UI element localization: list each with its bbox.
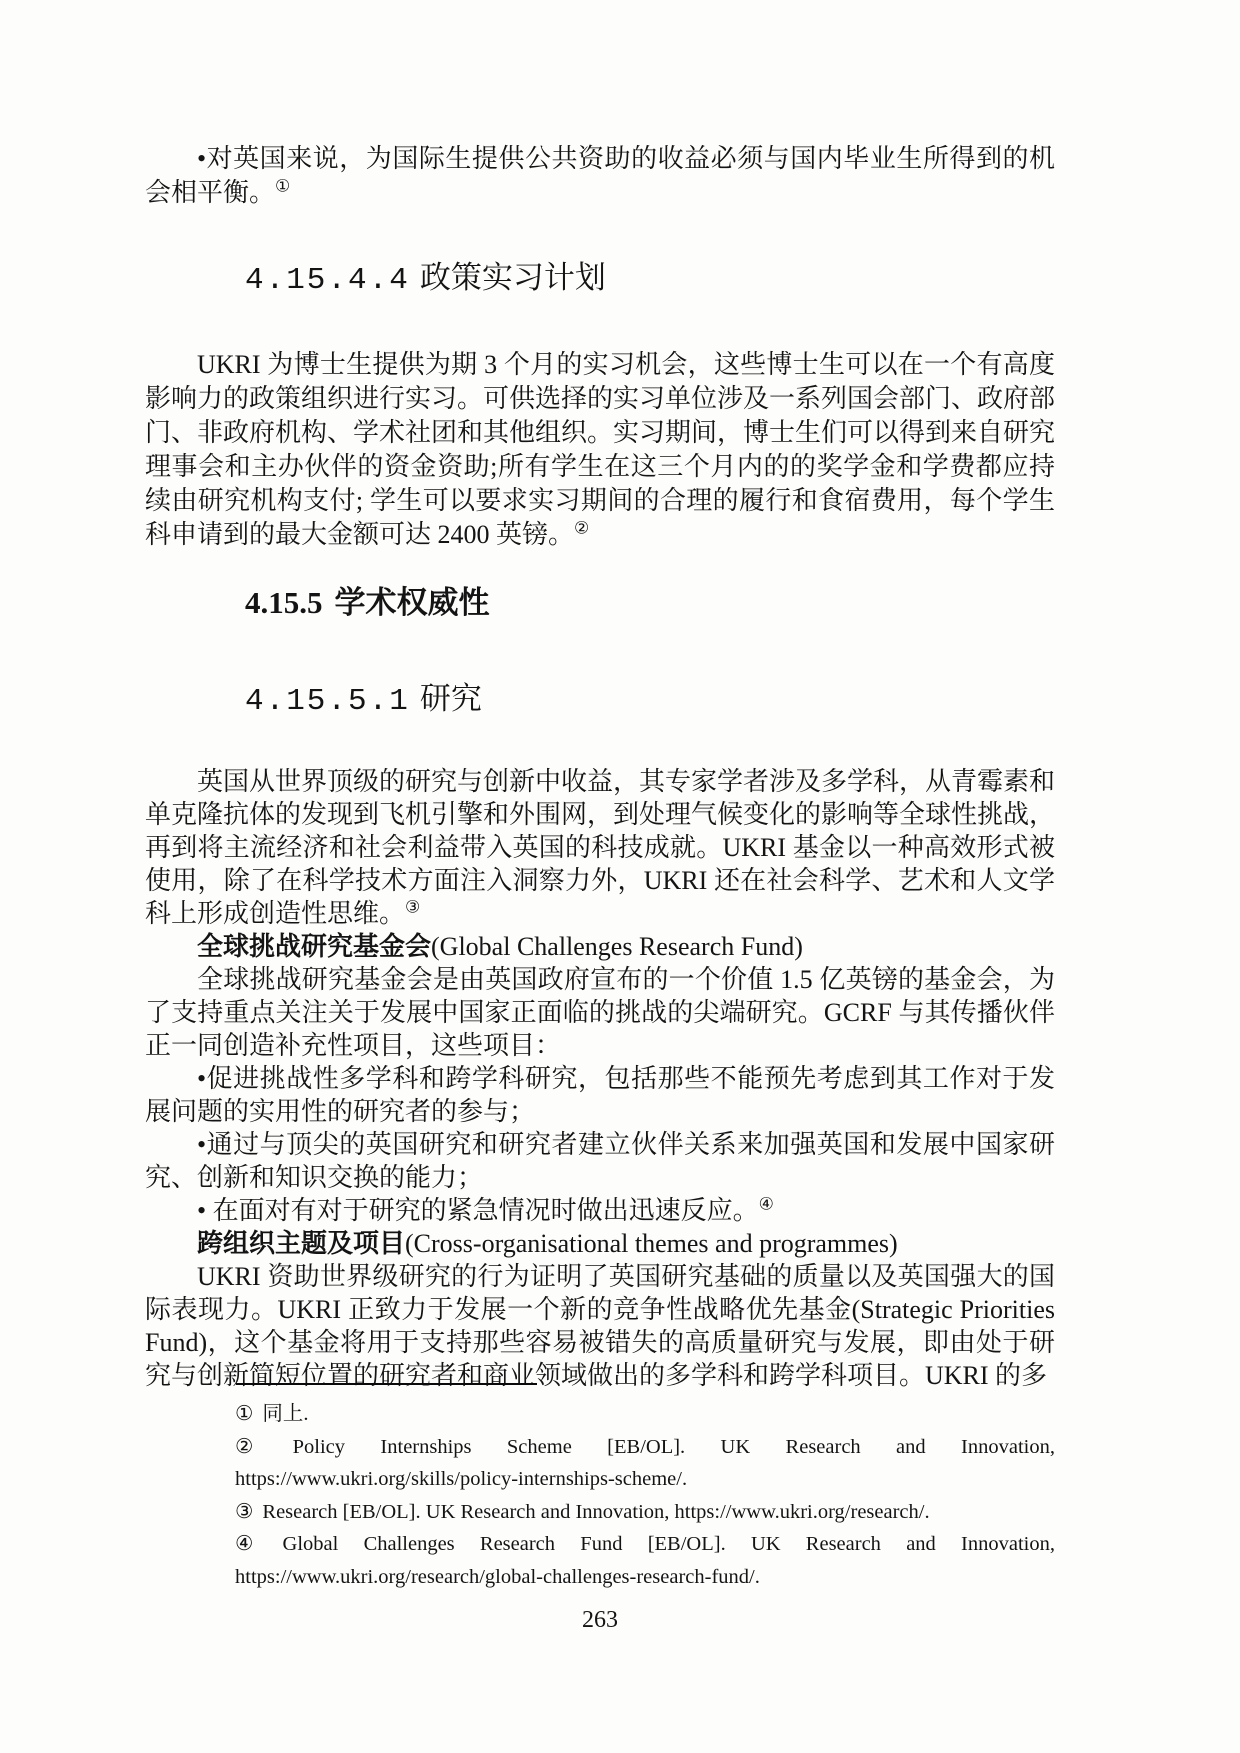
footnote-1-text: 同上. [262,1403,308,1425]
bullet-item-3: • 在面对有对于研究的紧急情况时做出迅速反应。④ [145,1194,1055,1227]
section-number: 4.15.5.1 [245,684,410,719]
footnote-ref-4: ④ [759,1194,774,1213]
text-column: •对英国来说，为国际生提供公共资助的收益必须与国内毕业生所得到的机会相平衡。① … [145,142,1055,1392]
footnote-4-marker: ④ [235,1533,274,1555]
internship-text: UKRI 为博士生提供为期 3 个月的实习机会，这些博士生可以在一个有高度影响力… [145,350,1055,549]
footnotes-block: ①同上. ②Policy Internships Scheme [EB/OL].… [235,1383,1055,1593]
gcrf-paragraph: 全球挑战研究基金会是由英国政府宣布的一个价值 1.5 亿英镑的基金会，为了支持重… [145,963,1055,1062]
footnote-4: ④Global Challenges Research Fund [EB/OL]… [235,1528,1055,1593]
footnote-separator-rule [236,1383,537,1385]
document-page: •对英国来说，为国际生提供公共资助的收益必须与国内毕业生所得到的机会相平衡。① … [0,0,1240,1753]
footnote-1: ①同上. [235,1398,1055,1431]
ukri-funding-paragraph: UKRI 资助世界级研究的行为证明了英国研究基础的质量以及英国强大的国际表现力。… [145,1260,1055,1392]
footnote-1-marker: ① [235,1403,253,1425]
footnote-2-marker: ② [235,1436,284,1458]
bullet-item-1: •促进挑战性多学科和跨学科研究，包括那些不能预先考虑到其工作对于发展问题的实用性… [145,1062,1055,1128]
cross-org-bold-title: 跨组织主题及项目 [197,1228,405,1258]
page-number: 263 [145,1607,1055,1634]
section-heading-policy-internship: 4.15.4.4政策实习计划 [245,259,1055,300]
cross-org-english-title: (Cross-organisational themes and program… [405,1229,898,1258]
section-heading-research: 4.15.5.1研究 [245,680,1055,721]
gcrf-lead-line: 全球挑战研究基金会(Global Challenges Research Fun… [145,930,1055,963]
footnote-ref-2: ② [574,518,589,537]
ukri-funding-text: UKRI 资助世界级研究的行为证明了英国研究基础的质量以及英国强大的国际表现力。… [145,1262,1055,1390]
footnote-ref-1: ① [275,176,290,195]
gcrf-bold-title: 全球挑战研究基金会 [197,931,431,961]
section-heading-academic-authority: 4.15.5学术权威性 [245,584,1055,622]
gcrf-english-title: (Global Challenges Research Fund) [431,932,803,961]
section-number: 4.15.4.4 [245,263,410,298]
internship-paragraph: UKRI 为博士生提供为期 3 个月的实习机会，这些博士生可以在一个有高度影响力… [145,348,1055,552]
section-number: 4.15.5 [245,585,323,620]
cross-org-lead-line: 跨组织主题及项目(Cross-organisational themes and… [145,1227,1055,1260]
gcrf-text: 全球挑战研究基金会是由英国政府宣布的一个价值 1.5 亿英镑的基金会，为了支持重… [145,965,1055,1060]
bullet-item-2: •通过与顶尖的英国研究和研究者建立伙伴关系来加强英国和发展中国家研究、创新和知识… [145,1128,1055,1194]
bullet-3-text: • 在面对有对于研究的紧急情况时做出迅速反应。 [197,1196,759,1225]
footnote-3-text: Research [EB/OL]. UK Research and Innova… [262,1501,929,1523]
footnote-3: ③Research [EB/OL]. UK Research and Innov… [235,1496,1055,1529]
footnote-2-text: Policy Internships Scheme [EB/OL]. UK Re… [235,1436,1055,1491]
section-title: 研究 [420,681,482,716]
footnote-4-text: Global Challenges Research Fund [EB/OL].… [235,1533,1055,1588]
research-text: 英国从世界顶级的研究与创新中收益，其专家学者涉及多学科，从青霉素和单克隆抗体的发… [145,767,1055,928]
bullet-2-text: •通过与顶尖的英国研究和研究者建立伙伴关系来加强英国和发展中国家研究、创新和知识… [145,1130,1055,1192]
section-title: 学术权威性 [335,585,490,620]
footnote-2: ②Policy Internships Scheme [EB/OL]. UK R… [235,1431,1055,1496]
research-paragraph: 英国从世界顶级的研究与创新中收益，其专家学者涉及多学科，从青霉素和单克隆抗体的发… [145,765,1055,930]
footnote-ref-3: ③ [405,897,420,916]
footnote-3-marker: ③ [235,1501,253,1523]
intro-bullet-paragraph: •对英国来说，为国际生提供公共资助的收益必须与国内毕业生所得到的机会相平衡。① [145,142,1055,210]
bullet-1-text: •促进挑战性多学科和跨学科研究，包括那些不能预先考虑到其工作对于发展问题的实用性… [145,1064,1055,1126]
section-title: 政策实习计划 [420,260,606,295]
